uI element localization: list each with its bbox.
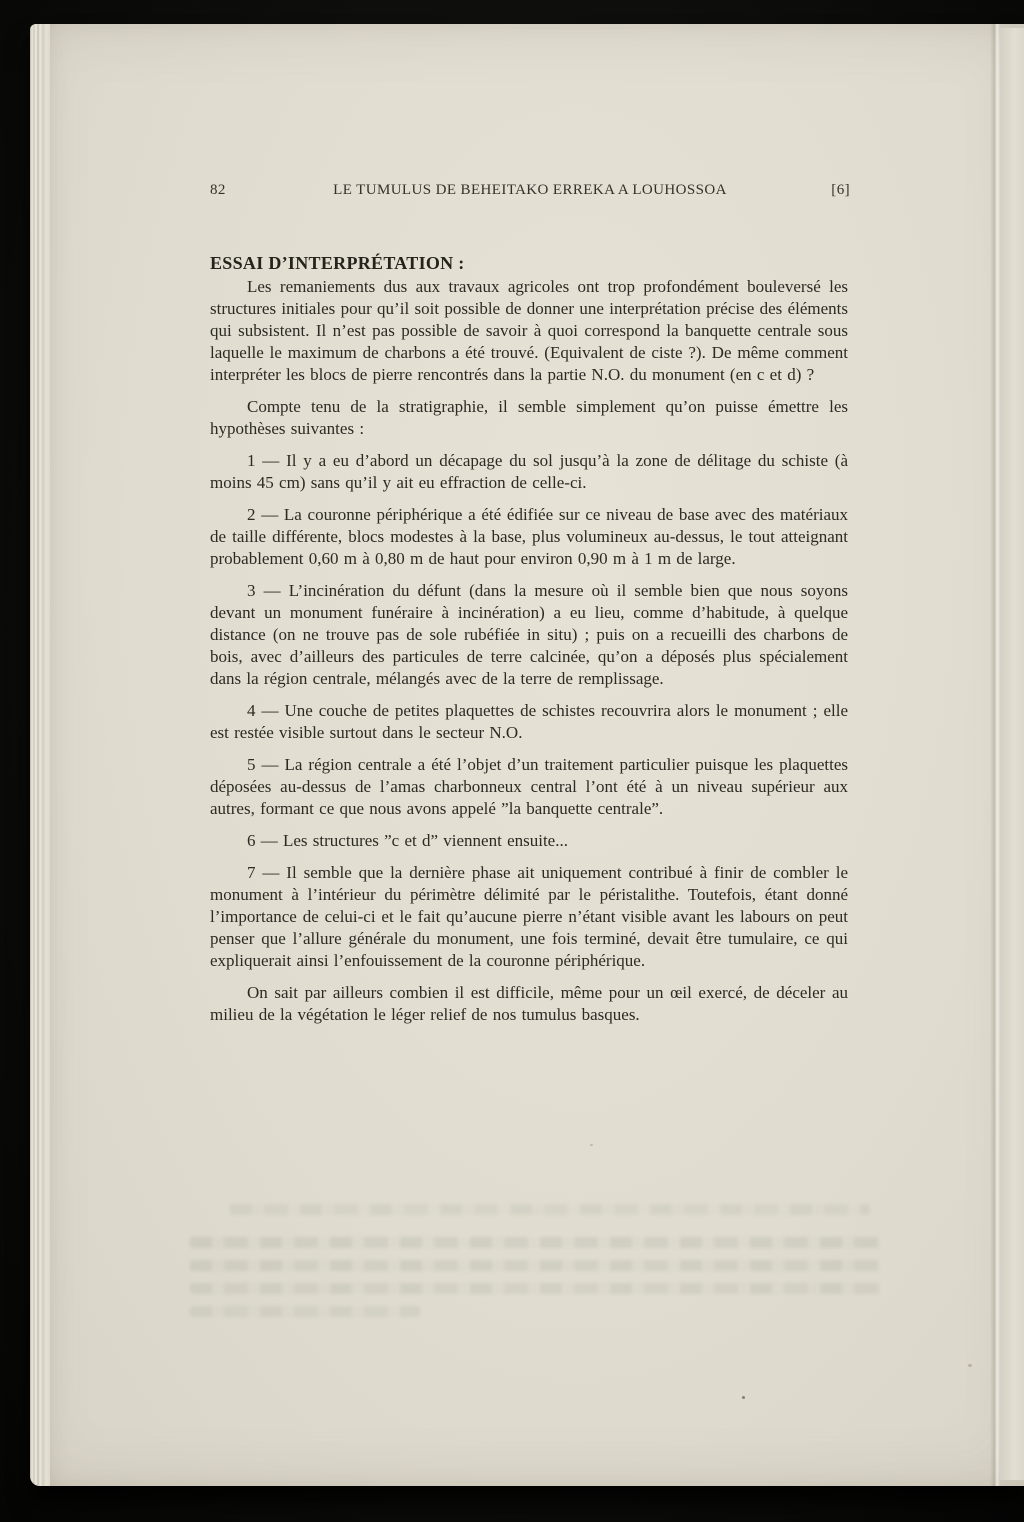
hypothesis-5: 5 — La région centrale a été l’objet d’u… [210, 754, 848, 820]
paper-speck [590, 1144, 593, 1146]
ink-bleed-line [190, 1260, 880, 1271]
hypothesis-4: 4 — Une couche de petites plaquettes de … [210, 700, 848, 744]
paragraph-intro-1: Les remaniements dus aux travaux agricol… [210, 276, 848, 386]
paper-speck [968, 1364, 972, 1367]
hypothesis-2: 2 — La couronne périphérique a été édifi… [210, 504, 848, 570]
scan-background: { "colors": { "background": "#0d0d0b", "… [0, 0, 1024, 1522]
page-crease [990, 24, 1000, 1486]
hypothesis-7: 7 — Il semble que la dernière phase ait … [210, 862, 848, 972]
running-header: 82 LE TUMULUS DE BEHEITAKO ERREKA A LOUH… [210, 182, 850, 199]
running-title: LE TUMULUS DE BEHEITAKO ERREKA A LOUHOSS… [270, 182, 790, 199]
ink-bleed-line [190, 1306, 420, 1317]
ink-bleed-through [190, 1204, 890, 1329]
hypothesis-3: 3 — L’incinération du défunt (dans la me… [210, 580, 848, 690]
paragraph-intro-2: Compte tenu de la stratigraphie, il semb… [210, 396, 848, 440]
paragraph-closing: On sait par ailleurs combien il est diff… [210, 982, 848, 1026]
hypothesis-6: 6 — Les structures ”c et d” viennent ens… [210, 830, 848, 852]
ink-bleed-line [190, 1237, 880, 1248]
ink-bleed-line [190, 1283, 880, 1294]
body-text: Les remaniements dus aux travaux agricol… [210, 276, 848, 1036]
page-number: 82 [210, 182, 270, 199]
hypothesis-1: 1 — Il y a eu d’abord un décapage du sol… [210, 450, 848, 494]
page-stack-edges [30, 24, 50, 1486]
paper-speck [742, 1396, 745, 1399]
issue-marker: [6] [790, 182, 850, 199]
section-title: ESSAI D’INTERPRÉTATION : [210, 253, 850, 274]
book-page: 82 LE TUMULUS DE BEHEITAKO ERREKA A LOUH… [30, 24, 1024, 1486]
ink-bleed-line [230, 1204, 870, 1215]
gutter-page-curl [1000, 28, 1024, 1480]
